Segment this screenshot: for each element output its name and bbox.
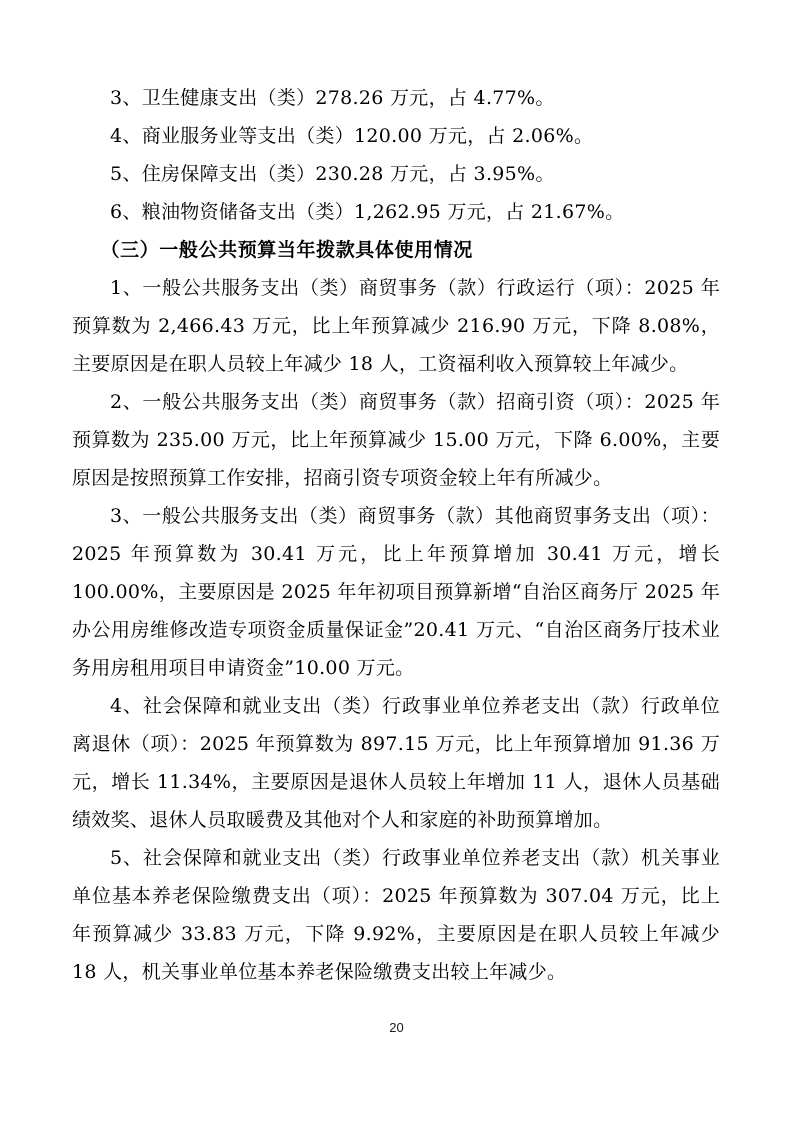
document-page: 3、卫生健康支出（类）278.26 万元，占 4.77%。 4、商业服务业等支出… [0, 0, 793, 1122]
section-heading: （三）一般公共预算当年拨款具体使用情况 [72, 231, 720, 269]
body-paragraph: 1、一般公共服务支出（类）商贸事务（款）行政运行（项）：2025 年预算数为 2… [72, 269, 720, 383]
budget-list-item: 6、粮油物资储备支出（类）1,262.95 万元，占 21.67%。 [72, 193, 720, 231]
budget-list-item: 3、卫生健康支出（类）278.26 万元，占 4.77%。 [72, 79, 720, 117]
body-paragraph: 5、社会保障和就业支出（类）行政事业单位养老支出（款）机关事业单位基本养老保险缴… [72, 839, 720, 991]
body-paragraph: 2、一般公共服务支出（类）商贸事务（款）招商引资（项）：2025 年预算数为 2… [72, 383, 720, 497]
budget-list-item: 5、住房保障支出（类）230.28 万元，占 3.95%。 [72, 155, 720, 193]
body-paragraph: 4、社会保障和就业支出（类）行政事业单位养老支出（款）行政单位离退休（项）：20… [72, 687, 720, 839]
body-paragraph: 3、一般公共服务支出（类）商贸事务（款）其他商贸事务支出（项）：2025 年预算… [72, 497, 720, 687]
document-body: 3、卫生健康支出（类）278.26 万元，占 4.77%。 4、商业服务业等支出… [72, 79, 720, 991]
budget-list-item: 4、商业服务业等支出（类）120.00 万元，占 2.06%。 [72, 117, 720, 155]
page-number: 20 [0, 1020, 793, 1035]
